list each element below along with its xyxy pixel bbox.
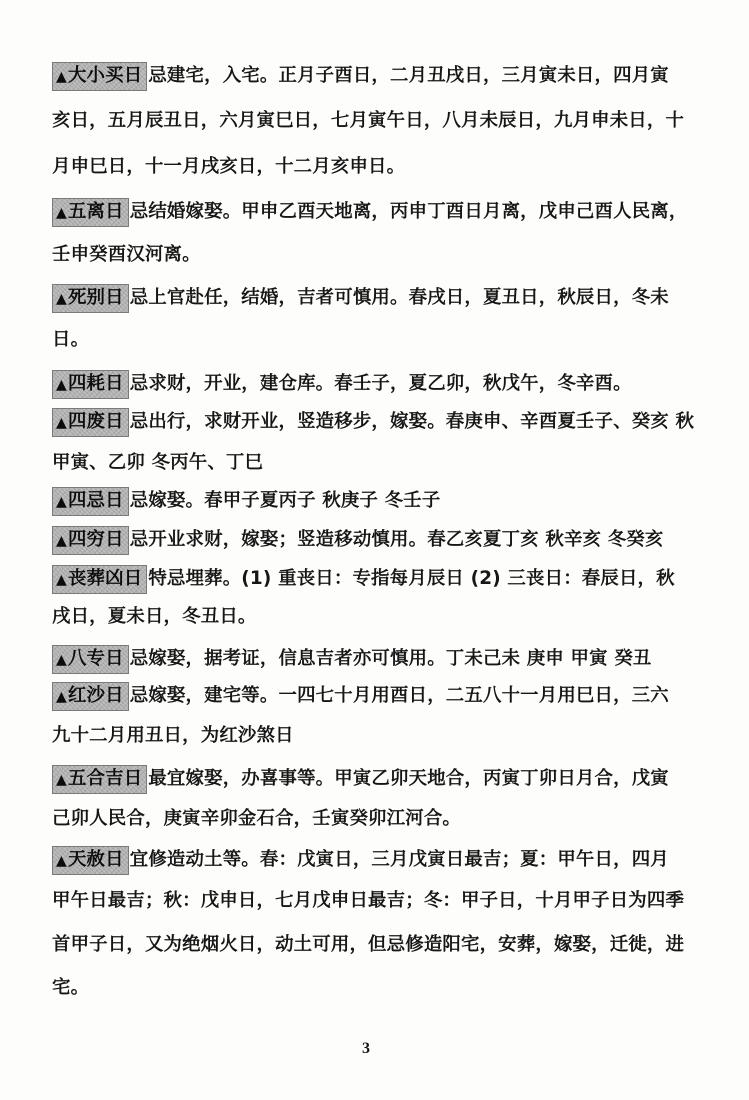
triangle-marker-icon: ▲ <box>56 652 67 668</box>
entry-line: 己卯人民合，庚寅辛卯金石合，壬寅癸卯江河合。 <box>52 806 461 832</box>
triangle-marker-icon: ▲ <box>56 689 67 705</box>
entry-line: 壬申癸酉汉河离。 <box>52 242 201 268</box>
triangle-marker-icon: ▲ <box>56 853 67 869</box>
entry-line: ▲四废日忌出行，求财开业，竖造移步，嫁娶。春庚申、辛酉夏壬子、癸亥 秋 <box>52 408 694 437</box>
entry-line: 九十二月用丑日，为红沙煞日 <box>52 723 294 749</box>
entry-tag-label: 四耗日 <box>68 373 124 394</box>
entry-line: 首甲子日，又为绝烟火日，动土可用，但忌修造阳宅，安葬，嫁娶，迁徙，进 <box>52 932 684 958</box>
entry-line: 月申巳日，十一月戌亥日，十二月亥申日。 <box>52 154 405 180</box>
entry-tag: ▲四耗日 <box>52 370 129 399</box>
entry-tag-label: 死别日 <box>68 287 124 308</box>
entry-line: 日。 <box>52 327 89 353</box>
entry-line: ▲丧葬凶日特忌埋葬。(1) 重丧日：专指每月辰日 (2) 三丧日：春辰日，秋 <box>52 565 675 594</box>
entry-tag: ▲天赦日 <box>52 846 129 875</box>
triangle-marker-icon: ▲ <box>56 69 67 85</box>
entry-tag-label: 天赦日 <box>68 849 124 870</box>
entry-line: ▲天赦日宜修造动土等。春：戊寅日，三月戊寅日最吉；夏：甲午日，四月 <box>52 846 669 875</box>
entry-line: 甲午日最吉；秋：戊申日，七月戊申日最吉；冬：甲子日，十月甲子日为四季 <box>52 888 684 914</box>
entry-tag: ▲五合吉日 <box>52 765 147 794</box>
entry-line: 甲寅、乙卯 冬丙午、丁巳 <box>52 450 263 476</box>
entry-text: 忌开业求财，嫁娶；竖造移动慎用。春乙亥夏丁亥 秋辛亥 冬癸亥 <box>130 529 664 550</box>
entry-text: 忌建宅，入宅。正月子酉日，二月丑戌日，三月寅未日，四月寅 <box>148 65 669 86</box>
entry-tag-label: 五离日 <box>68 201 124 222</box>
entry-line: ▲红沙日忌嫁娶，建宅等。一四七十月用酉日，二五八十一月用巳日，三六 <box>52 682 669 711</box>
entry-tag-label: 红沙日 <box>68 685 124 706</box>
entry-text: 忌出行，求财开业，竖造移步，嫁娶。春庚申、辛酉夏壬子、癸亥 秋 <box>130 411 694 432</box>
triangle-marker-icon: ▲ <box>56 377 67 393</box>
entry-text: 忌上官赴任，结婚，吉者可慎用。春戌日，夏丑日，秋辰日，冬未 <box>130 287 669 308</box>
triangle-marker-icon: ▲ <box>56 291 67 307</box>
entry-tag: ▲五离日 <box>52 198 129 227</box>
entry-text: 忌求财，开业，建仓库。春壬子，夏乙卯，秋戊午，冬辛酉。 <box>130 373 632 394</box>
entry-text: 宜修造动土等。春：戊寅日，三月戊寅日最吉；夏：甲午日，四月 <box>130 849 669 870</box>
entry-line: ▲四穷日忌开业求财，嫁娶；竖造移动慎用。春乙亥夏丁亥 秋辛亥 冬癸亥 <box>52 526 664 555</box>
entry-tag: ▲四忌日 <box>52 487 129 516</box>
triangle-marker-icon: ▲ <box>56 772 67 788</box>
entry-line: ▲大小买日忌建宅，入宅。正月子酉日，二月丑戌日，三月寅未日，四月寅 <box>52 62 669 91</box>
entry-line: ▲八专日忌嫁娶，据考证，信息吉者亦可慎用。丁未己未 庚申 甲寅 癸丑 <box>52 645 652 674</box>
entry-tag-label: 丧葬凶日 <box>68 568 142 589</box>
entry-tag: ▲丧葬凶日 <box>52 565 147 594</box>
entry-tag-label: 八专日 <box>68 648 124 669</box>
entry-line: ▲死别日忌上官赴任，结婚，吉者可慎用。春戌日，夏丑日，秋辰日，冬未 <box>52 284 669 313</box>
entry-tag-label: 四废日 <box>68 411 124 432</box>
triangle-marker-icon: ▲ <box>56 533 67 549</box>
entry-line: ▲五合吉日最宜嫁娶，办喜事等。甲寅乙卯天地合，丙寅丁卯日月合，戊寅 <box>52 765 669 794</box>
entry-tag: ▲大小买日 <box>52 62 147 91</box>
entry-tag: ▲四穷日 <box>52 526 129 555</box>
entry-tag: ▲死别日 <box>52 284 129 313</box>
entry-text: 忌嫁娶。春甲子夏丙子 秋庚子 冬壬子 <box>130 490 441 511</box>
entry-tag: ▲红沙日 <box>52 682 129 711</box>
entry-line: ▲四耗日忌求财，开业，建仓库。春壬子，夏乙卯，秋戊午，冬辛酉。 <box>52 370 632 399</box>
entry-text: 忌结婚嫁娶。甲申乙酉天地离，丙申丁酉日月离，戊申己酉人民离， <box>130 201 688 222</box>
entry-tag: ▲四废日 <box>52 408 129 437</box>
entry-line: 宅。 <box>52 975 89 1001</box>
entry-tag: ▲八专日 <box>52 645 129 674</box>
entry-text: 特忌埋葬。(1) 重丧日：专指每月辰日 (2) 三丧日：春辰日，秋 <box>148 568 674 589</box>
triangle-marker-icon: ▲ <box>56 205 67 221</box>
entry-line: ▲五离日忌结婚嫁娶。甲申乙酉天地离，丙申丁酉日月离，戊申己酉人民离， <box>52 198 687 227</box>
entry-text: 忌嫁娶，建宅等。一四七十月用酉日，二五八十一月用巳日，三六 <box>130 685 669 706</box>
entry-tag-label: 四穷日 <box>68 529 124 550</box>
entry-line: 亥日，五月辰丑日，六月寅巳日，七月寅午日，八月未辰日，九月申未日，十 <box>52 108 684 134</box>
entry-text: 最宜嫁娶，办喜事等。甲寅乙卯天地合，丙寅丁卯日月合，戊寅 <box>148 768 669 789</box>
entry-tag-label: 大小买日 <box>68 65 142 86</box>
triangle-marker-icon: ▲ <box>56 572 67 588</box>
triangle-marker-icon: ▲ <box>56 415 67 431</box>
entry-line: 戌日，夏未日，冬丑日。 <box>52 604 257 630</box>
entry-line: ▲四忌日忌嫁娶。春甲子夏丙子 秋庚子 冬壬子 <box>52 487 440 516</box>
entry-text: 忌嫁娶，据考证，信息吉者亦可慎用。丁未己未 庚申 甲寅 癸丑 <box>130 648 652 669</box>
entry-tag-label: 四忌日 <box>68 490 124 511</box>
page-number: 3 <box>362 1040 370 1058</box>
document-page: ▲大小买日忌建宅，入宅。正月子酉日，二月丑戌日，三月寅未日，四月寅 亥日，五月辰… <box>0 0 749 1100</box>
entry-tag-label: 五合吉日 <box>68 768 142 789</box>
triangle-marker-icon: ▲ <box>56 494 67 510</box>
